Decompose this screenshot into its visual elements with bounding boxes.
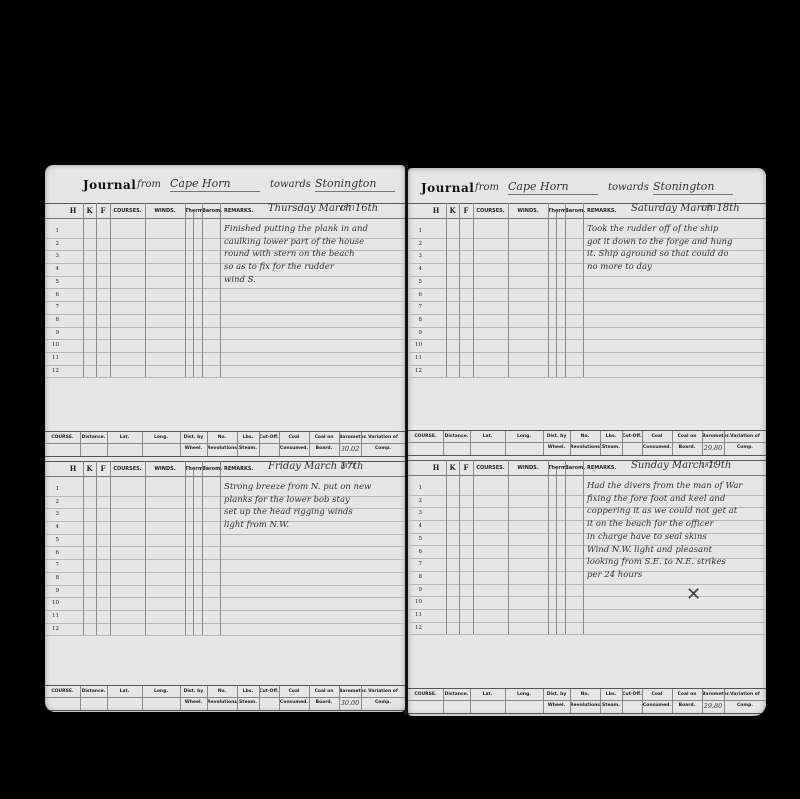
log-row: 11: [408, 609, 766, 623]
entry-year: 1871: [701, 205, 716, 212]
log-row: 11: [408, 352, 766, 366]
journal-title-line: Journal from Cape Horn towards Stoningto…: [75, 175, 395, 197]
row-hour-number: 8: [47, 575, 59, 581]
column-divider: [237, 432, 238, 456]
column-header-k: K: [446, 204, 459, 218]
journal-word: Journal: [421, 181, 474, 195]
log-row: 12: [408, 622, 766, 636]
barometer-value: 29.80: [702, 443, 724, 454]
journal-title-line: Journal from Cape Horn towards Stoningto…: [413, 178, 756, 200]
remarks-text-line: Wind N.W. light and pleasant: [587, 544, 712, 556]
column-divider: [570, 431, 571, 455]
log-row: 10: [408, 339, 766, 353]
column-header-winds: WINDS.: [145, 462, 185, 476]
column-header-courses: COURSES.: [473, 461, 508, 475]
column-header-k: K: [446, 461, 459, 475]
remarks-text-line: got it down to the forge and hung: [587, 236, 732, 248]
column-header-h: H: [426, 204, 446, 218]
row-hour-number: 9: [47, 330, 59, 336]
column-divider: [207, 432, 208, 456]
row-hour-number: 3: [410, 510, 422, 516]
row-hour-number: 10: [410, 599, 422, 605]
summary-column-header: Lat.: [107, 432, 142, 444]
row-hour-number: 4: [47, 266, 59, 272]
row-hour-number: 4: [410, 523, 422, 529]
row-hour-number: 6: [410, 292, 422, 298]
row-hour-number: 12: [410, 368, 422, 374]
row-hour-number: 2: [410, 241, 422, 247]
column-header-row: HKFCOURSES.WINDS.Therm.Barom.REMARKS.Thu…: [45, 203, 405, 219]
log-row: 11: [45, 352, 405, 366]
column-divider: [622, 689, 623, 713]
row-hour-number: 8: [47, 317, 59, 323]
summary-column-header: Coal on Board.: [309, 432, 339, 444]
summary-column-header: Barometer.: [339, 686, 361, 698]
row-hour-number: 6: [47, 292, 59, 298]
row-hour-number: 9: [47, 588, 59, 594]
row-hour-number: 6: [47, 550, 59, 556]
column-divider: [508, 203, 509, 377]
summary-column-header: Lbs. Steam.: [237, 432, 259, 444]
column-divider: [180, 432, 181, 456]
row-hour-number: 5: [47, 279, 59, 285]
journal-word: Journal: [83, 178, 136, 192]
remarks-text-line: light from N.W.: [224, 519, 289, 531]
log-row: 9: [45, 585, 405, 599]
column-divider: [556, 468, 557, 634]
column-divider: [83, 461, 84, 635]
column-divider: [202, 461, 203, 635]
column-divider: [145, 203, 146, 377]
column-header-f: F: [459, 204, 473, 218]
column-divider: [642, 431, 643, 455]
column-divider: [96, 203, 97, 377]
summary-column-header: Coal on Board.: [309, 686, 339, 698]
summary-column-header: Distance.: [443, 689, 470, 701]
row-hour-number: 3: [410, 253, 422, 259]
remarks-text-line: in charge have to seal skins: [587, 531, 707, 543]
row-hour-number: 11: [47, 355, 59, 361]
column-divider: [309, 686, 310, 710]
log-row: 7: [45, 559, 405, 573]
column-header-courses: COURSES.: [110, 462, 145, 476]
from-label: from: [475, 182, 499, 193]
row-hour-number: 8: [410, 574, 422, 580]
log-row: 9: [408, 327, 766, 341]
row-hour-number: 6: [410, 549, 422, 555]
log-row: 8: [408, 314, 766, 328]
summary-column-header: Dist. by Wheel.: [543, 431, 570, 443]
summary-column-header: Dist. by Wheel.: [180, 686, 207, 698]
row-hour-number: 12: [410, 625, 422, 631]
row-hour-number: 4: [47, 524, 59, 530]
column-divider: [180, 686, 181, 710]
column-divider: [110, 203, 111, 377]
column-divider: [185, 461, 186, 635]
column-divider: [446, 460, 447, 634]
from-label: from: [137, 179, 161, 190]
row-hour-number: 11: [47, 613, 59, 619]
remarks-text-line: caulking lower part of the house: [224, 236, 364, 248]
row-hour-number: 5: [410, 536, 422, 542]
log-row: 5: [408, 276, 766, 290]
column-divider: [207, 686, 208, 710]
column-divider: [185, 203, 186, 377]
barometer-value: 30.00: [339, 698, 361, 709]
row-hour-number: 4: [410, 266, 422, 272]
remarks-text-line: Finished putting the plank in and: [224, 223, 368, 235]
remarks-text-line: it. Ship aground so that could do: [587, 248, 729, 260]
row-hour-number: 7: [410, 561, 422, 567]
column-header-h: H: [426, 461, 446, 475]
row-hour-number: 5: [47, 537, 59, 543]
column-header-barom: Barom.: [565, 461, 583, 475]
row-hour-number: 7: [47, 562, 59, 568]
column-divider: [473, 460, 474, 634]
column-divider: [107, 686, 108, 710]
column-header-f: F: [459, 461, 473, 475]
column-divider: [583, 203, 584, 377]
column-divider: [279, 432, 280, 456]
column-divider: [470, 689, 471, 713]
column-header-remarks: REMARKS.: [220, 462, 264, 476]
column-divider: [145, 461, 146, 635]
summary-column-header: No. Revolutions.: [570, 431, 600, 443]
summary-column-header: COURSE.: [45, 686, 80, 698]
summary-column-header: Barometer.: [702, 431, 724, 443]
summary-column-header: Long.: [142, 432, 180, 444]
row-hour-number: 12: [47, 368, 59, 374]
column-divider: [193, 469, 194, 635]
log-section-top: HKFCOURSES.WINDS.Therm.Barom.REMARKS.Sat…: [408, 203, 766, 460]
column-divider: [279, 686, 280, 710]
row-hour-number: 2: [410, 498, 422, 504]
log-row: 8: [45, 314, 405, 328]
column-header-courses: COURSES.: [473, 204, 508, 218]
towards-value: Stonington: [315, 177, 395, 192]
row-hour-number: 9: [410, 330, 422, 336]
column-divider: [309, 432, 310, 456]
remarks-text-line: fixing the fore foot and keel and: [587, 493, 725, 505]
column-divider: [724, 431, 725, 455]
log-row: 10: [408, 596, 766, 610]
summary-column-header: Lbs. Steam.: [237, 686, 259, 698]
remarks-text-line: no more to day: [587, 261, 652, 273]
entry-year: 1871: [340, 463, 355, 470]
column-divider: [142, 686, 143, 710]
column-divider: [543, 689, 544, 713]
summary-column-header: Cut-Off.: [259, 686, 279, 698]
column-divider: [446, 203, 447, 377]
summary-column-header: Coal Consumed.: [642, 689, 672, 701]
remarks-text-line: it on the beach for the officer: [587, 518, 714, 530]
summary-column-header: Lat.: [107, 686, 142, 698]
column-divider: [724, 689, 725, 713]
column-header-f: F: [96, 204, 110, 218]
column-divider: [220, 203, 221, 377]
log-row: 9: [45, 327, 405, 341]
column-divider: [622, 431, 623, 455]
towards-value: Stonington: [653, 180, 733, 195]
row-hour-number: 7: [47, 304, 59, 310]
row-hour-number: 1: [47, 228, 59, 234]
entry-date: Thursday March 16th: [268, 203, 378, 214]
row-hour-number: 10: [410, 342, 422, 348]
summary-block-top: COURSE.Distance.Lat.Long.Dist. by Wheel.…: [45, 431, 405, 457]
summary-column-header: Distance.: [80, 432, 107, 444]
column-divider: [565, 203, 566, 377]
column-header-row: HKFCOURSES.WINDS.Therm.Barom.REMARKS.Fri…: [45, 461, 405, 477]
log-row: 5: [45, 534, 405, 548]
summary-column-header: Lbs. Steam.: [600, 431, 622, 443]
summary-column-header: Long.: [142, 686, 180, 698]
summary-column-header: Lat.: [470, 431, 505, 443]
summary-column-header: Distance.: [443, 431, 470, 443]
column-divider: [583, 460, 584, 634]
remarks-text-line: coppering it as we could not get at: [587, 505, 737, 517]
row-hour-number: 7: [410, 304, 422, 310]
log-row: 6: [45, 547, 405, 561]
summary-block-bottom: COURSE.Distance.Lat.Long.Dist. by Wheel.…: [408, 688, 766, 714]
row-hour-number: 11: [410, 612, 422, 618]
column-header-winds: WINDS.: [508, 461, 548, 475]
log-row: 8: [45, 572, 405, 586]
column-divider: [259, 432, 260, 456]
column-divider: [110, 461, 111, 635]
column-divider: [548, 460, 549, 634]
log-row: 7: [408, 301, 766, 315]
towards-label: towards: [270, 179, 311, 190]
column-divider: [459, 203, 460, 377]
summary-column-header: Cut-Off.: [622, 689, 642, 701]
column-divider: [600, 431, 601, 455]
column-divider: [565, 460, 566, 634]
column-header-k: K: [83, 462, 96, 476]
summary-column-header: Variation of Comp.: [361, 686, 405, 698]
column-header-h: H: [63, 462, 83, 476]
summary-column-header: Cut-Off.: [259, 432, 279, 444]
right-page: Journal from Cape Horn towards Stoningto…: [408, 168, 766, 716]
column-header-barom: Barom.: [202, 204, 220, 218]
summary-block-top: COURSE.Distance.Lat.Long.Dist. by Wheel.…: [408, 430, 766, 456]
summary-column-header: Barometer.: [702, 689, 724, 701]
summary-column-header: Distance.: [80, 686, 107, 698]
column-divider: [107, 432, 108, 456]
row-hour-number: 8: [410, 317, 422, 323]
column-divider: [202, 203, 203, 377]
column-header-h: H: [63, 204, 83, 218]
summary-column-header: Dist. by Wheel.: [180, 432, 207, 444]
summary-column-header: No. Revolutions.: [207, 432, 237, 444]
row-hour-number: 1: [47, 486, 59, 492]
column-divider: [259, 686, 260, 710]
column-divider: [473, 203, 474, 377]
remarks-text-line: Strong breeze from N. put on new: [224, 481, 371, 493]
column-divider: [443, 431, 444, 455]
column-divider: [142, 432, 143, 456]
column-header-remarks: REMARKS.: [583, 461, 627, 475]
summary-column-header: No. Revolutions.: [207, 686, 237, 698]
entry-date: Saturday March 18th: [631, 203, 740, 214]
row-hour-number: 5: [410, 279, 422, 285]
row-hour-number: 11: [410, 355, 422, 361]
summary-column-header: Variation of Comp.: [724, 689, 766, 701]
remarks-text-line: wind S.: [224, 274, 256, 286]
row-hour-number: 3: [47, 511, 59, 517]
column-header-f: F: [96, 462, 110, 476]
summary-column-header: Coal on Board.: [672, 431, 702, 443]
log-row: 12: [408, 365, 766, 379]
column-divider: [443, 689, 444, 713]
summary-column-header: Coal Consumed.: [642, 431, 672, 443]
column-divider: [80, 686, 81, 710]
row-hour-number: 10: [47, 342, 59, 348]
summary-column-header: Long.: [505, 431, 543, 443]
column-divider: [220, 461, 221, 635]
from-value: Cape Horn: [508, 180, 598, 195]
log-section-top: HKFCOURSES.WINDS.Therm.Barom.REMARKS.Thu…: [45, 203, 405, 460]
log-row: 6: [408, 289, 766, 303]
column-header-remarks: REMARKS.: [220, 204, 264, 218]
summary-column-header: Cut-Off.: [622, 431, 642, 443]
row-hour-number: 1: [410, 485, 422, 491]
row-hour-number: 2: [47, 241, 59, 247]
summary-column-header: Dist. by Wheel.: [543, 689, 570, 701]
log-row: 9: [408, 584, 766, 598]
column-header-row: HKFCOURSES.WINDS.Therm.Barom.REMARKS.Sun…: [408, 460, 766, 476]
remarks-text-line: Took the rudder off of the ship: [587, 223, 718, 235]
remarks-text-line: planks for the lower bob stay: [224, 494, 350, 506]
remarks-text-line: looking from S.E. to N.E. strikes: [587, 556, 726, 568]
entry-year: 1871: [701, 462, 716, 469]
remarks-text-line: round with stern on the beach: [224, 248, 355, 260]
row-hour-number: 1: [410, 228, 422, 234]
barometer-value: 29.80: [702, 701, 724, 712]
column-header-courses: COURSES.: [110, 204, 145, 218]
summary-column-header: Barometer.: [339, 432, 361, 444]
summary-column-header: Variation of Comp.: [361, 432, 405, 444]
column-divider: [459, 460, 460, 634]
column-divider: [570, 689, 571, 713]
log-row: 10: [45, 339, 405, 353]
column-divider: [80, 432, 81, 456]
log-row: 12: [45, 365, 405, 379]
from-value: Cape Horn: [170, 177, 260, 192]
summary-column-header: Long.: [505, 689, 543, 701]
log-row: 11: [45, 610, 405, 624]
summary-column-header: Lat.: [470, 689, 505, 701]
column-header-barom: Barom.: [565, 204, 583, 218]
column-divider: [361, 686, 362, 710]
column-divider: [548, 203, 549, 377]
column-divider: [508, 460, 509, 634]
summary-column-header: No. Revolutions.: [570, 689, 600, 701]
column-divider: [237, 686, 238, 710]
summary-column-header: COURSE.: [408, 431, 443, 443]
row-hour-number: 9: [410, 587, 422, 593]
summary-column-header: COURSE.: [408, 689, 443, 701]
column-divider: [556, 211, 557, 377]
column-divider: [193, 211, 194, 377]
summary-column-header: Coal Consumed.: [279, 432, 309, 444]
column-divider: [505, 689, 506, 713]
log-row: 6: [45, 289, 405, 303]
log-section-bottom: HKFCOURSES.WINDS.Therm.Barom.REMARKS.Fri…: [45, 461, 405, 686]
summary-block-bottom: COURSE.Distance.Lat.Long.Dist. by Wheel.…: [45, 685, 405, 711]
left-page: Journal from Cape Horn towards Stoningto…: [45, 165, 405, 712]
summary-column-header: Coal Consumed.: [279, 686, 309, 698]
log-section-bottom: HKFCOURSES.WINDS.Therm.Barom.REMARKS.Sun…: [408, 460, 766, 685]
column-header-remarks: REMARKS.: [583, 204, 627, 218]
row-hour-number: 10: [47, 600, 59, 606]
remarks-text-line: set up the head rigging winds: [224, 506, 353, 518]
summary-column-header: COURSE.: [45, 432, 80, 444]
column-header-row: HKFCOURSES.WINDS.Therm.Barom.REMARKS.Sat…: [408, 203, 766, 219]
column-divider: [642, 689, 643, 713]
column-divider: [361, 432, 362, 456]
column-header-winds: WINDS.: [508, 204, 548, 218]
column-divider: [83, 203, 84, 377]
row-hour-number: 2: [47, 499, 59, 505]
summary-column-header: Coal on Board.: [672, 689, 702, 701]
column-divider: [672, 431, 673, 455]
remarks-text-line: per 24 hours: [587, 569, 642, 581]
x-mark: ✕: [686, 584, 701, 605]
barometer-value: 30.02: [339, 444, 361, 455]
log-row: 10: [45, 597, 405, 611]
towards-label: towards: [608, 182, 649, 193]
column-divider: [600, 689, 601, 713]
summary-column-header: Variation of Comp.: [724, 431, 766, 443]
column-divider: [543, 431, 544, 455]
row-hour-number: 12: [47, 626, 59, 632]
log-row: 12: [45, 623, 405, 637]
remarks-text-line: Had the divers from the man of War: [587, 480, 742, 492]
log-row: 7: [45, 301, 405, 315]
row-hour-number: 3: [47, 253, 59, 259]
column-divider: [470, 431, 471, 455]
column-divider: [96, 461, 97, 635]
column-header-barom: Barom.: [202, 462, 220, 476]
column-header-winds: WINDS.: [145, 204, 185, 218]
column-divider: [505, 431, 506, 455]
entry-year: 1871: [340, 205, 355, 212]
summary-column-header: Lbs. Steam.: [600, 689, 622, 701]
remarks-text-line: so as to fix for the rudder: [224, 261, 334, 273]
column-divider: [672, 689, 673, 713]
column-header-k: K: [83, 204, 96, 218]
